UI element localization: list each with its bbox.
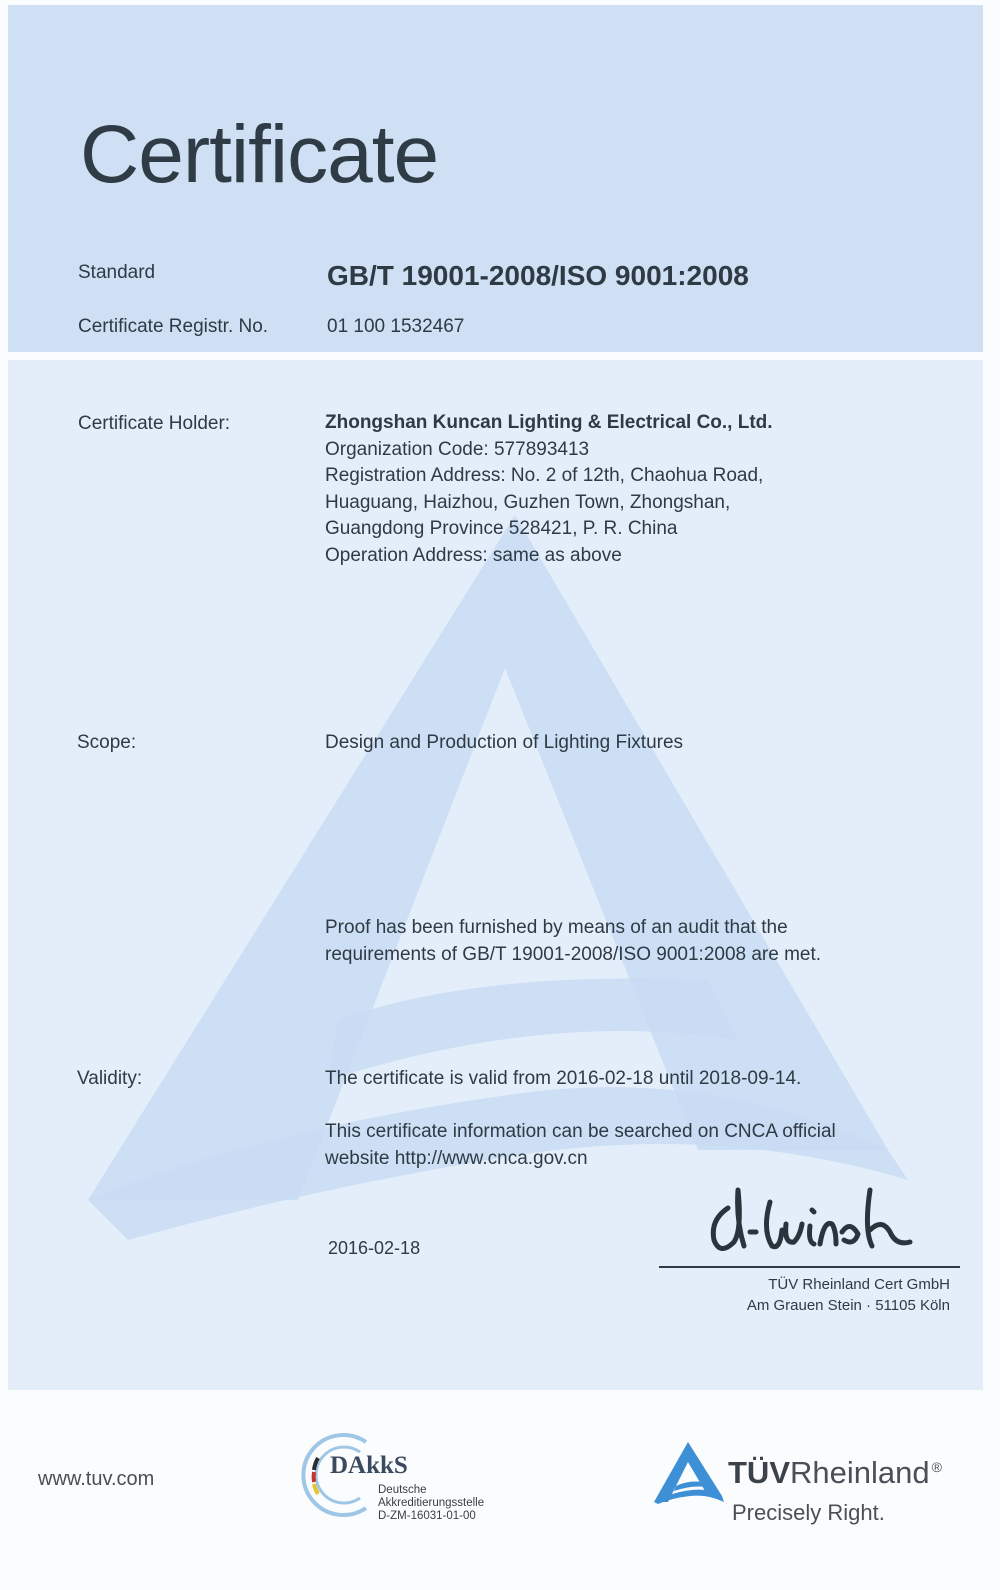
validity-statement: The certificate is valid from 2016-02-18… bbox=[325, 1068, 801, 1090]
holder-name: Zhongshan Kuncan Lighting & Electrical C… bbox=[325, 410, 773, 437]
issuer-address: Am Grauen Stein · 51105 Köln bbox=[747, 1295, 950, 1316]
issuer-name: TÜV Rheinland Cert GmbH bbox=[747, 1274, 950, 1295]
standard-label: Standard bbox=[78, 262, 155, 284]
dakks-line: Deutsche bbox=[378, 1484, 484, 1497]
registered-mark: ® bbox=[932, 1459, 942, 1475]
dakks-line: Akkreditierungsstelle bbox=[378, 1497, 484, 1510]
scope-label: Scope: bbox=[77, 732, 136, 754]
registration-value: 01 100 1532467 bbox=[327, 316, 464, 338]
holder-org-code: Organization Code: 577893413 bbox=[325, 437, 773, 464]
holder-address-line: Huaguang, Haizhou, Guzhen Town, Zhongsha… bbox=[325, 490, 773, 517]
holder-label: Certificate Holder: bbox=[78, 413, 230, 435]
tuv-brand-bold: TÜV bbox=[728, 1455, 790, 1490]
tuv-website-link[interactable]: www.tuv.com bbox=[38, 1468, 154, 1491]
issue-date: 2016-02-18 bbox=[328, 1238, 420, 1259]
tuv-rheinland-wordmark: TÜVRheinland® bbox=[728, 1455, 942, 1491]
dakks-logo-text: DAkkS bbox=[330, 1452, 408, 1480]
tuv-triangle-logo-icon bbox=[652, 1440, 724, 1504]
issuer-block: TÜV Rheinland Cert GmbH Am Grauen Stein … bbox=[747, 1274, 950, 1316]
dakks-caption: Deutsche Akkreditierungsstelle D-ZM-1603… bbox=[378, 1484, 484, 1523]
registration-label: Certificate Registr. No. bbox=[78, 316, 268, 338]
proof-line: requirements of GB/T 19001-2008/ISO 9001… bbox=[325, 942, 821, 969]
cnca-line: This certificate information can be sear… bbox=[325, 1119, 836, 1146]
holder-block: Zhongshan Kuncan Lighting & Electrical C… bbox=[325, 410, 773, 569]
cnca-line: website http://www.cnca.gov.cn bbox=[325, 1146, 836, 1173]
holder-address-line: Guangdong Province 528421, P. R. China bbox=[325, 516, 773, 543]
tuv-brand-rest: Rheinland bbox=[790, 1455, 930, 1490]
holder-address-line: Registration Address: No. 2 of 12th, Cha… bbox=[325, 463, 773, 490]
proof-line: Proof has been furnished by means of an … bbox=[325, 915, 821, 942]
standard-value: GB/T 19001-2008/ISO 9001:2008 bbox=[327, 260, 749, 292]
proof-statement: Proof has been furnished by means of an … bbox=[325, 915, 821, 968]
scope-value: Design and Production of Lighting Fixtur… bbox=[325, 732, 683, 754]
cnca-note: This certificate information can be sear… bbox=[325, 1119, 836, 1172]
dakks-accreditation-number: D-ZM-16031-01-00 bbox=[378, 1510, 484, 1523]
signature-icon bbox=[700, 1180, 950, 1260]
tuv-tagline: Precisely Right. bbox=[732, 1500, 885, 1526]
validity-label: Validity: bbox=[77, 1068, 142, 1090]
certificate-title: Certificate bbox=[80, 108, 438, 202]
signature-line bbox=[659, 1266, 960, 1268]
holder-operation-address: Operation Address: same as above bbox=[325, 543, 773, 570]
